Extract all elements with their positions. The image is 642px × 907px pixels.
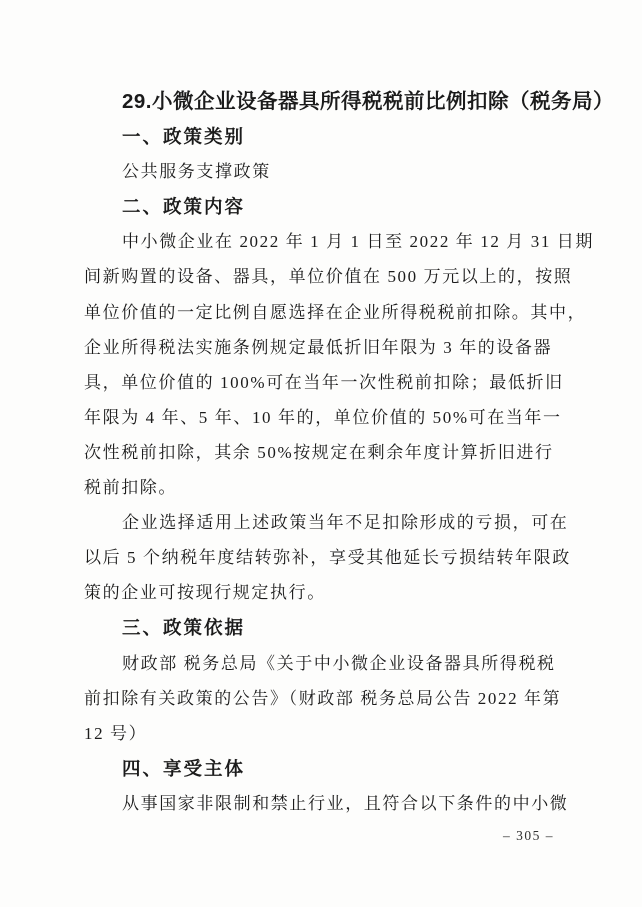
paragraph-line: 公共服务支撑政策	[84, 154, 584, 189]
section-heading-policy-category: 一、政策类别	[84, 119, 584, 154]
paragraph-line: 策的企业可按现行规定执行。	[84, 575, 584, 610]
section-heading-policy-content: 二、政策内容	[84, 189, 584, 224]
document-content: 29.小微企业设备器具所得税税前比例扣除（税务局） 一、政策类别 公共服务支撑政…	[84, 84, 584, 821]
paragraph-line: 企业所得税法实施条例规定最低折旧年限为 3 年的设备器	[84, 330, 584, 365]
paragraph-line: 12 号）	[84, 716, 584, 751]
document-title: 29.小微企业设备器具所得税税前比例扣除（税务局）	[84, 84, 584, 119]
section-heading-beneficiary: 四、享受主体	[84, 751, 584, 786]
paragraph-line: 具，单位价值的 100%可在当年一次性税前扣除；最低折旧	[84, 365, 584, 400]
paragraph-line: 间新购置的设备、器具，单位价值在 500 万元以上的，按照	[84, 259, 584, 294]
paragraph-line: 年限为 4 年、5 年、10 年的，单位价值的 50%可在当年一	[84, 400, 584, 435]
paragraph-line: 财政部 税务总局《关于中小微企业设备器具所得税税	[84, 646, 584, 681]
paragraph-line: 企业选择适用上述政策当年不足扣除形成的亏损，可在	[84, 505, 584, 540]
paragraph-line: 中小微企业在 2022 年 1 月 1 日至 2022 年 12 月 31 日期	[84, 224, 584, 259]
paragraph-line: 单位价值的一定比例自愿选择在企业所得税税前扣除。其中，	[84, 295, 584, 330]
section-heading-policy-basis: 三、政策依据	[84, 610, 584, 645]
paragraph-line: 从事国家非限制和禁止行业，且符合以下条件的中小微	[84, 786, 584, 821]
paragraph-line: 以后 5 个纳税年度结转弥补，享受其他延长亏损结转年限政	[84, 540, 584, 575]
paragraph-line: 前扣除有关政策的公告》（财政部 税务总局公告 2022 年第	[84, 681, 584, 716]
document-page: 29.小微企业设备器具所得税税前比例扣除（税务局） 一、政策类别 公共服务支撑政…	[0, 0, 642, 907]
paragraph-line: 税前扣除。	[84, 470, 584, 505]
paragraph-line: 次性税前扣除，其余 50%按规定在剩余年度计算折旧进行	[84, 435, 584, 470]
page-number: – 305 –	[503, 828, 554, 844]
